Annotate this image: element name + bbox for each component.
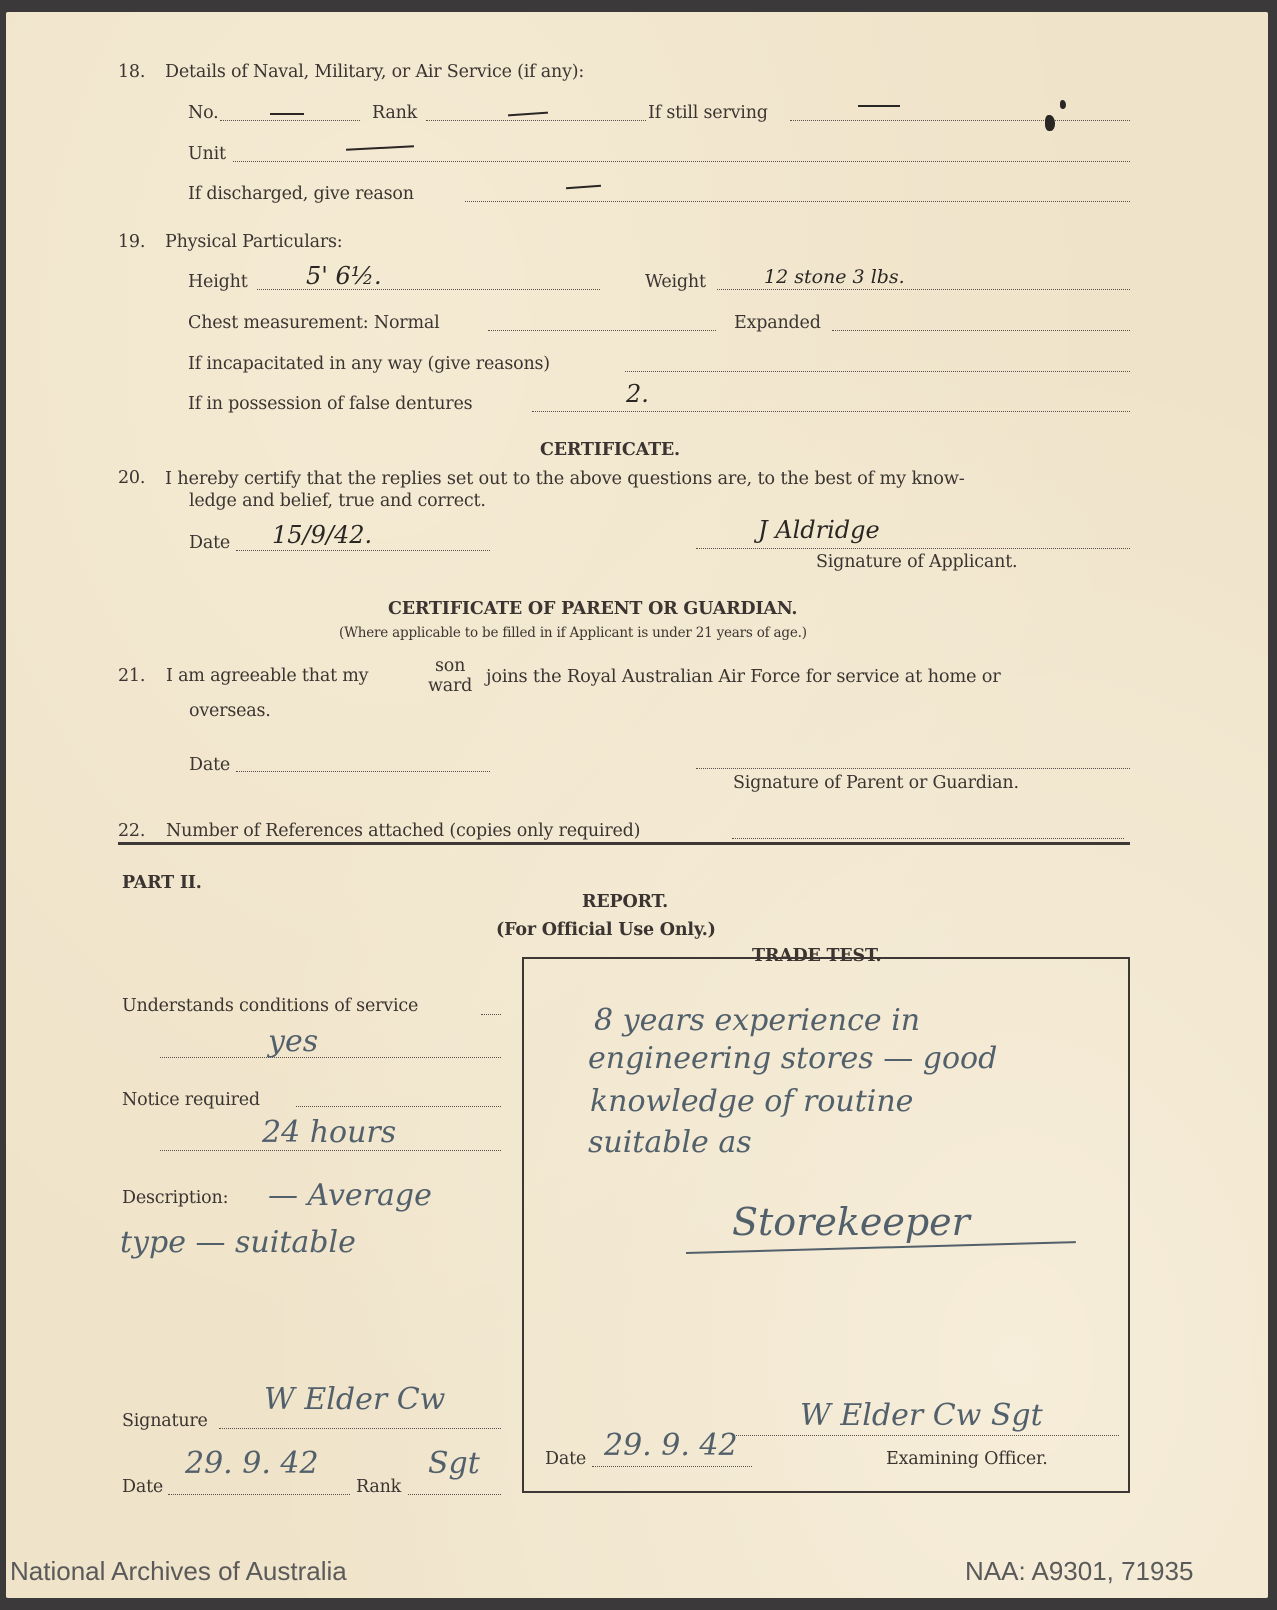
guardian-subheading: (Where applicable to be filled in if App… [339,625,807,641]
certificate-text-line1: I hereby certify that the replies set ou… [165,468,965,489]
q18-no-value-dash [270,113,304,115]
certificate-date-label: Date [189,533,230,553]
q18-unit-field[interactable] [233,161,1130,162]
certificate-number: 20. [118,468,145,488]
q19-label: Physical Particulars: [165,232,342,252]
certificate-date-value: 15/9/42. [272,521,372,549]
trade-test-date-field[interactable] [592,1466,752,1467]
trade-test-note-line: 8 years experience in [594,1003,920,1038]
description-label: Description: [122,1188,228,1208]
guardian-heading: CERTIFICATE OF PARENT OR GUARDIAN. [388,599,797,619]
guardian-date-label: Date [189,755,230,775]
understands-field[interactable] [160,1057,501,1058]
notice-trailing-dots [296,1106,501,1107]
notice-field[interactable] [160,1150,501,1151]
ink-blot-mark [1060,100,1066,109]
q22-references-field[interactable] [732,838,1124,839]
q18-discharged-field[interactable] [465,201,1130,202]
examining-officer-signature-field[interactable] [734,1435,1119,1436]
report-signature-field[interactable] [219,1428,501,1429]
guardian-signature-caption: Signature of Parent or Guardian. [733,773,1019,793]
q18-unit-label: Unit [188,144,226,164]
trade-test-note-line: suitable as [588,1125,752,1160]
trade-test-date-label: Date [545,1449,586,1469]
notice-label: Notice required [122,1090,260,1110]
chest-normal-field[interactable] [488,330,716,331]
section-divider [118,842,1130,845]
examining-officer-signature: W Elder Cw Sgt [800,1398,1043,1433]
archive-name: National Archives of Australia [10,1556,347,1587]
q18-no-label: No. [188,103,219,123]
report-subheading: (For Official Use Only.) [496,920,716,940]
q18-discharged-label: If discharged, give reason [188,184,414,204]
weight-label: Weight [645,272,706,292]
chest-normal-label: Chest measurement: Normal [188,313,440,333]
report-signature-label: Signature [122,1411,208,1431]
trade-test-note-line: engineering stores — good [588,1041,997,1076]
archive-reference: NAA: A9301, 71935 [965,1556,1193,1587]
q22-label: Number of References attached (copies on… [166,821,640,841]
option-ward[interactable]: ward [428,676,472,696]
applicant-signature-caption: Signature of Applicant. [816,552,1017,572]
ink-blot-mark [1045,115,1055,131]
understands-label: Understands conditions of service [122,996,418,1016]
height-value: 5' 6½. [306,262,382,290]
incapacitated-label: If incapacitated in any way (give reason… [188,354,550,374]
report-heading: REPORT. [582,892,668,912]
q22-number: 22. [118,821,145,841]
guardian-text-line2: overseas. [189,701,271,721]
guardian-date-field[interactable] [236,771,490,772]
description-value-line1: — Average [268,1178,432,1213]
q18-still-serving-label: If still serving [648,103,768,123]
q18-still-serving-field[interactable] [790,120,1130,121]
certificate-date-field[interactable] [236,550,490,551]
guardian-number: 21. [118,666,145,686]
trade-test-date-value: 29. 9. 42 [604,1428,738,1463]
report-rank-label: Rank [356,1477,401,1497]
part-2-label: PART II. [122,873,202,893]
son-ward-choice[interactable]: son ward [428,656,472,696]
trade-value: Storekeeper [732,1200,970,1244]
trade-test-note-line: knowledge of routine [590,1084,913,1119]
guardian-text-after: joins the Royal Australian Air Force for… [486,666,1001,687]
q18-no-field[interactable] [220,120,360,121]
option-son[interactable]: son [435,656,465,676]
weight-value: 12 stone 3 lbs. [764,266,905,288]
report-rank-field[interactable] [408,1494,501,1495]
guardian-text-before: I am agreeable that my [166,666,368,686]
applicant-signature-value: J Aldridge [758,516,880,544]
q18-number: 18. [118,62,145,82]
examining-officer-caption: Examining Officer. [886,1449,1048,1469]
notice-value: 24 hours [262,1115,396,1150]
report-date-field[interactable] [168,1494,350,1495]
q18-label: Details of Naval, Military, or Air Servi… [165,62,584,82]
height-label: Height [188,272,248,292]
certificate-text-line2: ledge and belief, true and correct. [189,491,486,511]
chest-expanded-field[interactable] [832,330,1130,331]
q18-rank-label: Rank [372,103,417,123]
applicant-signature-field[interactable] [696,548,1130,549]
dentures-field[interactable] [532,411,1130,412]
q19-number: 19. [118,232,145,252]
report-rank-value: Sgt [428,1446,480,1481]
report-date-label: Date [122,1477,163,1497]
report-date-value: 29. 9. 42 [185,1446,319,1481]
guardian-signature-field[interactable] [696,768,1130,769]
description-value-line2: type — suitable [120,1225,356,1260]
q18-rank-field[interactable] [426,120,646,121]
chest-expanded-label: Expanded [734,313,821,333]
dentures-value: 2. [626,380,649,408]
report-signature-value: W Elder Cw [264,1382,445,1417]
certificate-heading: CERTIFICATE. [540,440,680,460]
understands-trailing-dots [481,1014,501,1015]
q18-still-serving-value-dash [858,105,900,107]
understands-value: yes [268,1024,318,1059]
dentures-label: If in possession of false dentures [188,394,472,414]
incapacitated-field[interactable] [625,371,1130,372]
weight-field[interactable] [717,289,1130,290]
